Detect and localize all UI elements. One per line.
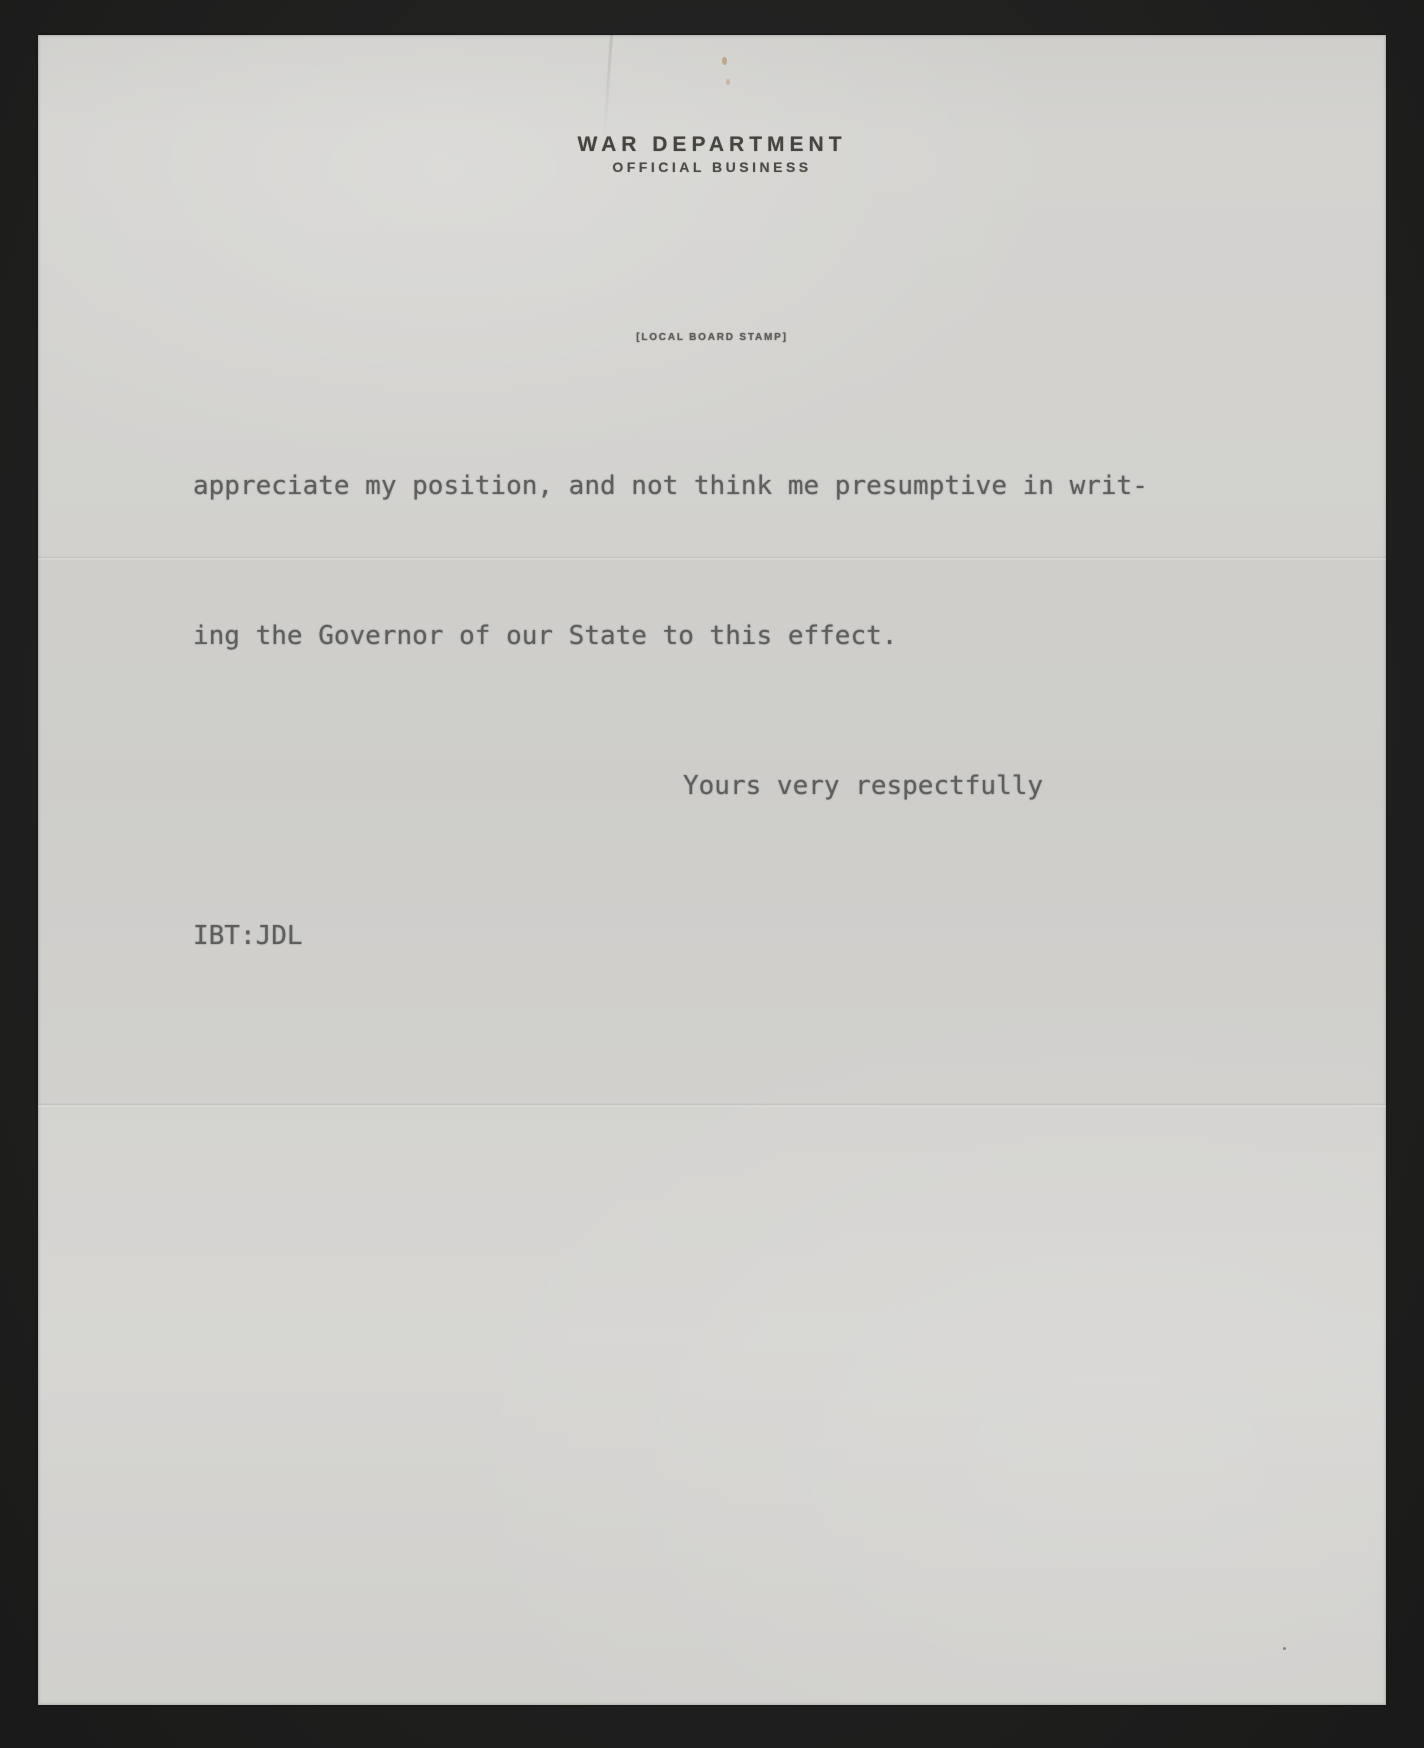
scanned-letter-page: { "page": { "description": "Scanned type… <box>0 0 1424 1748</box>
official-business-subtitle: OFFICIAL BUSINESS <box>38 159 1386 175</box>
local-board-stamp-note: [LOCAL BOARD STAMP] <box>38 332 1386 343</box>
letter-body: appreciate my position, and not think me… <box>193 361 1323 1061</box>
top-vertical-crease <box>603 35 613 140</box>
typist-initials: IBT:JDL <box>193 911 1323 961</box>
body-line-1: appreciate my position, and not think me… <box>193 461 1323 511</box>
foxing-spot <box>726 79 730 85</box>
war-department-title: WAR DEPARTMENT <box>38 134 1386 156</box>
body-line-2: ing the Governor of our State to this ef… <box>193 611 1323 661</box>
fold-crease-lower <box>38 1103 1386 1107</box>
letter-page-paper: WAR DEPARTMENT OFFICIAL BUSINESS [LOCAL … <box>38 35 1386 1705</box>
letterhead: WAR DEPARTMENT OFFICIAL BUSINESS <box>38 134 1386 175</box>
paper-speck <box>1283 1647 1286 1650</box>
closing-line: Yours very respectfully <box>683 761 1323 811</box>
foxing-spot <box>722 57 727 65</box>
